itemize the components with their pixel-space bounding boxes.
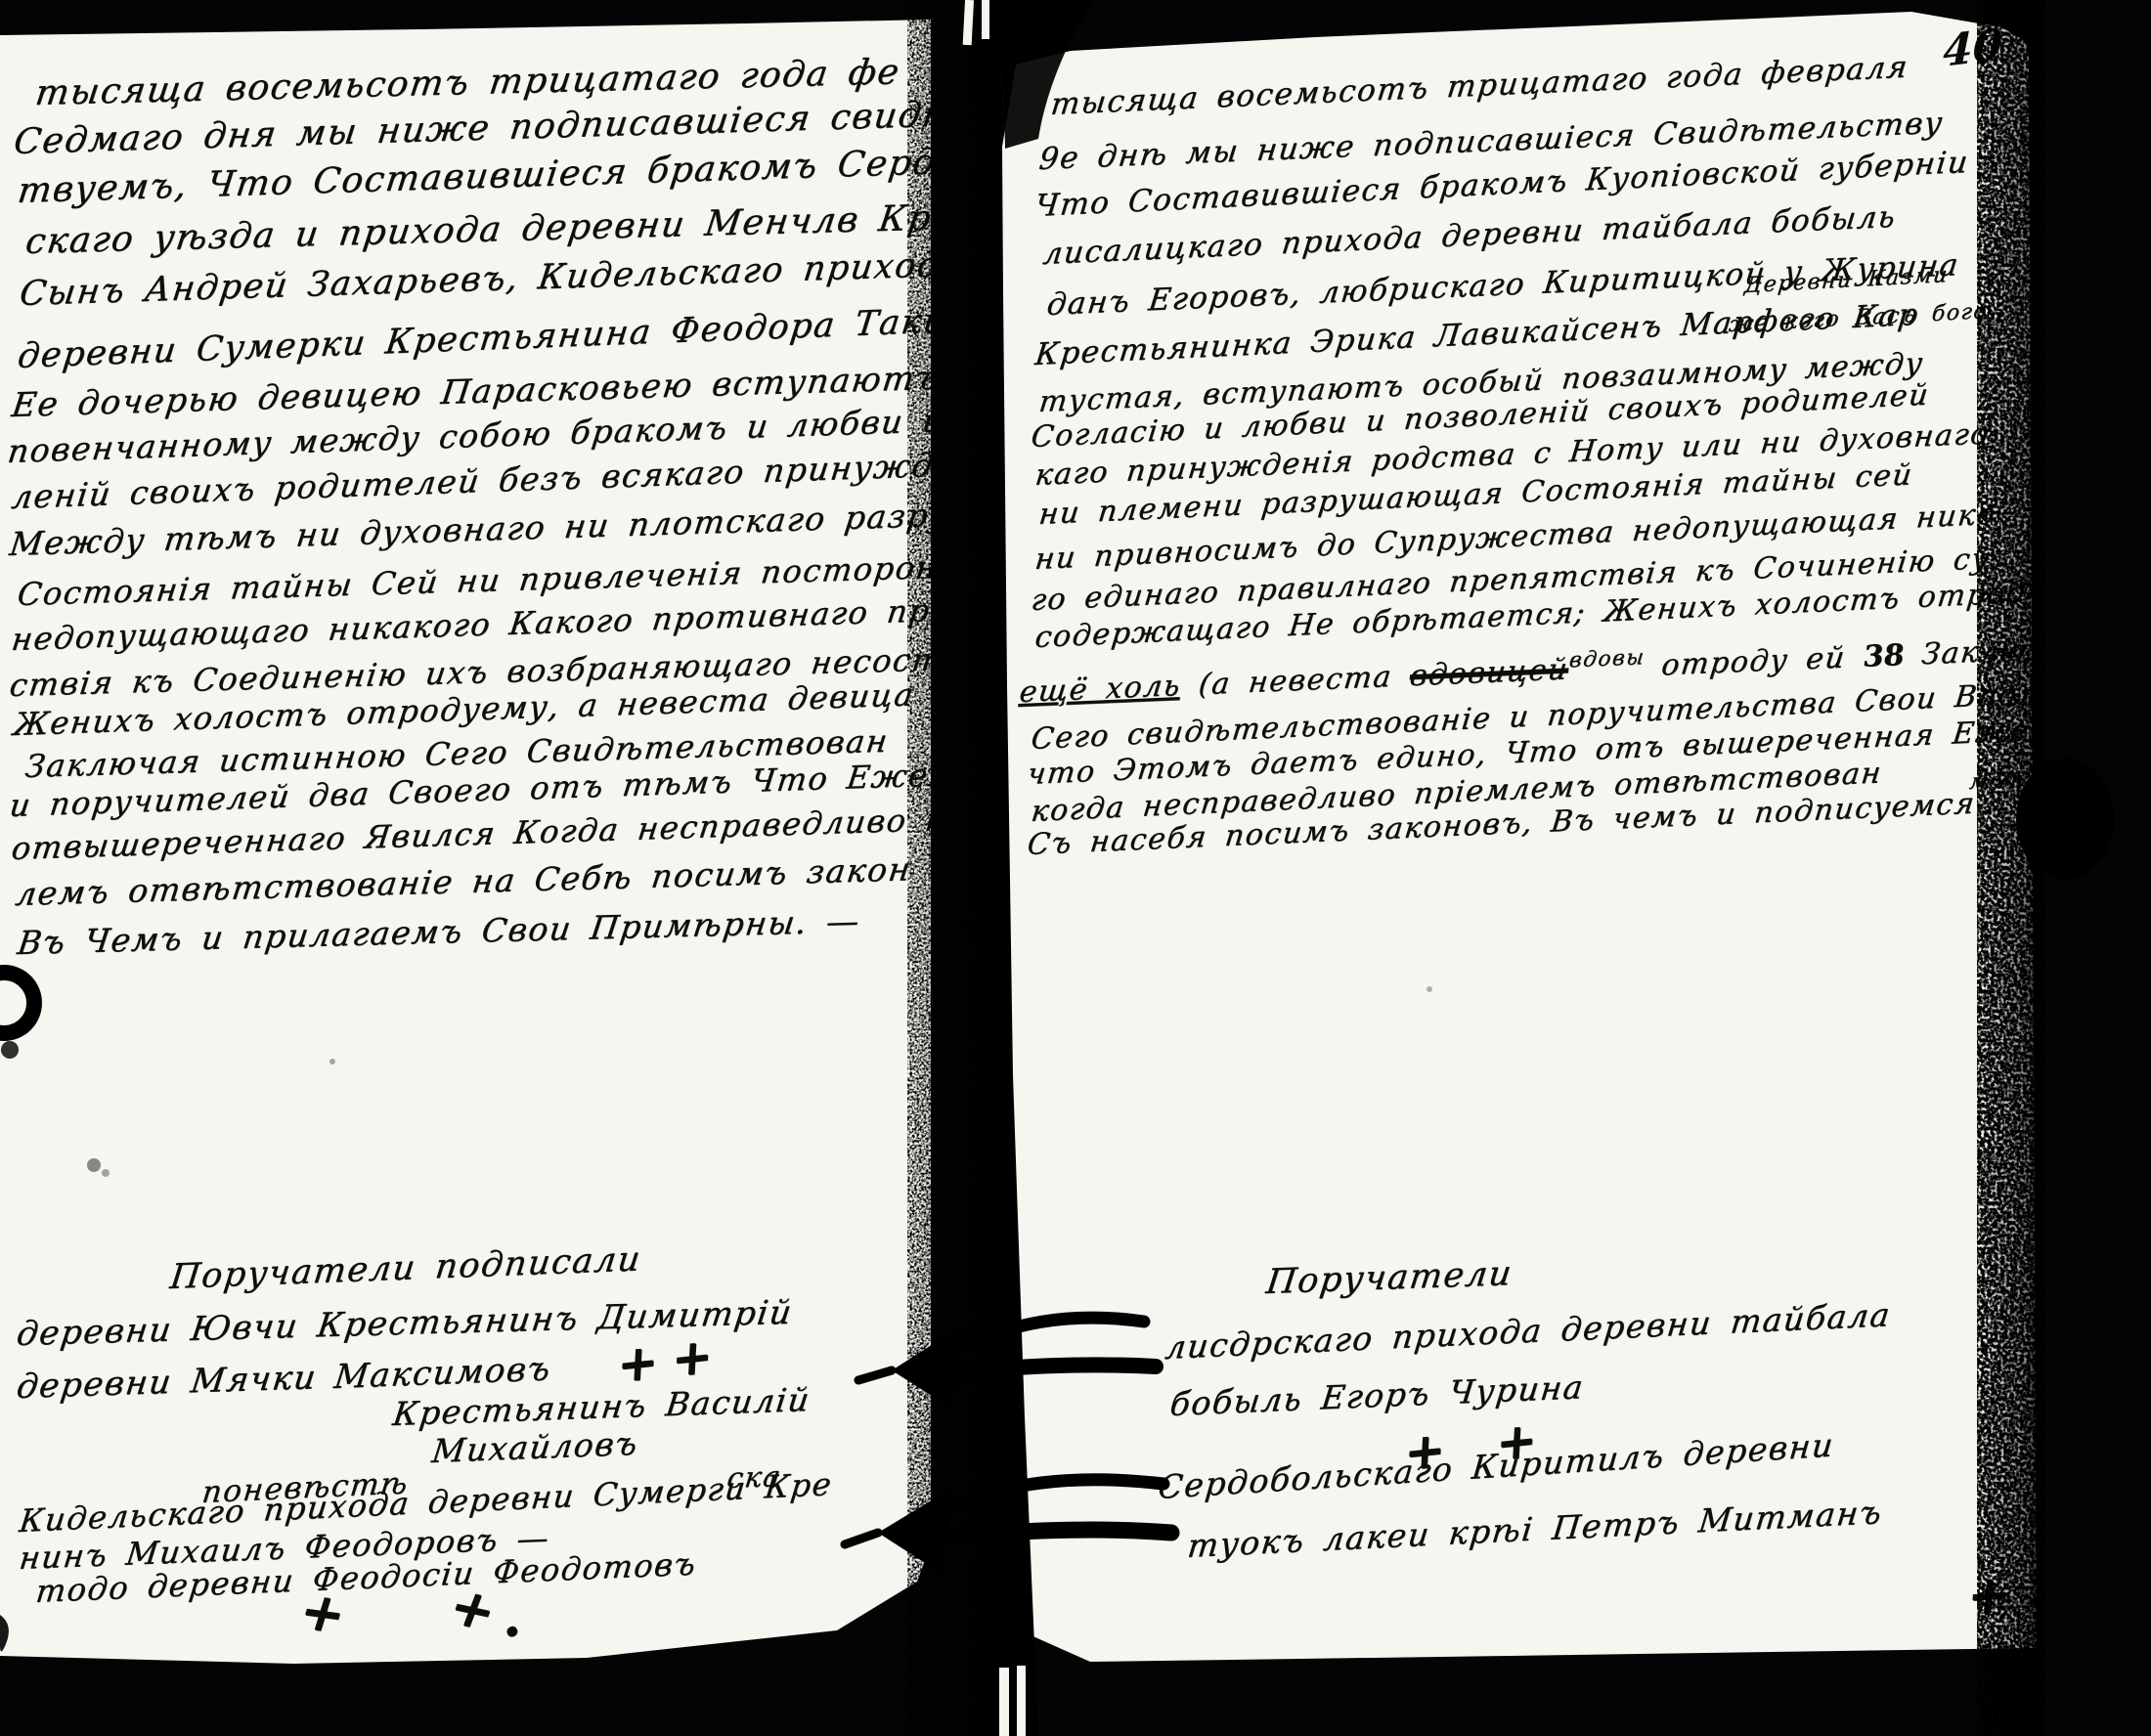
manuscript-line: Въ Чемъ и прилагаемъ Свои Примѣрны. — [16,904,862,959]
signature-line: туокъ лакеи крѣі Петръ Митманъ [1186,1496,1884,1562]
bride-age: 38 [1862,638,1907,674]
signature-cross-mark: ++ [616,1329,727,1390]
signature-heading: Поручатели [1264,1257,1514,1300]
right-page: 40 тысяща восемьсотъ трицатаго года февр… [1002,0,2053,1736]
signature-heading: Поручатели подписали [168,1242,643,1295]
manuscript-line: тысяща восемьсотъ трицатаго года февраля [1049,53,1910,120]
scanned-register-spread: тысяща восемьсотъ трицатаго года феСедма… [0,0,2151,1736]
signature-flourish: ѣ [2025,1499,2051,1527]
marginal-insertion: мот [1968,769,2026,794]
interlinear-insertion: вдовы [1568,645,1646,673]
page-number: 40 [1943,20,2003,77]
signature-line: Максимовъ [332,1352,553,1394]
signature-cross-mark: + × [1965,1561,2120,1623]
signature-line: лисдрскаго прихода деревни тайбала [1163,1298,1893,1364]
struck-word: вдовицей [1408,652,1570,693]
signature-line: Михайловъ [430,1427,640,1467]
signature-cross-mark: + + [1403,1413,1552,1478]
underlined-phrase: ещё холь [1018,669,1183,710]
left-page: тысяща восемьсотъ трицатаго года феСедма… [0,0,931,1736]
signature-cross-mark: +. [442,1579,549,1647]
signature-line: деревни Мячки [15,1361,319,1404]
